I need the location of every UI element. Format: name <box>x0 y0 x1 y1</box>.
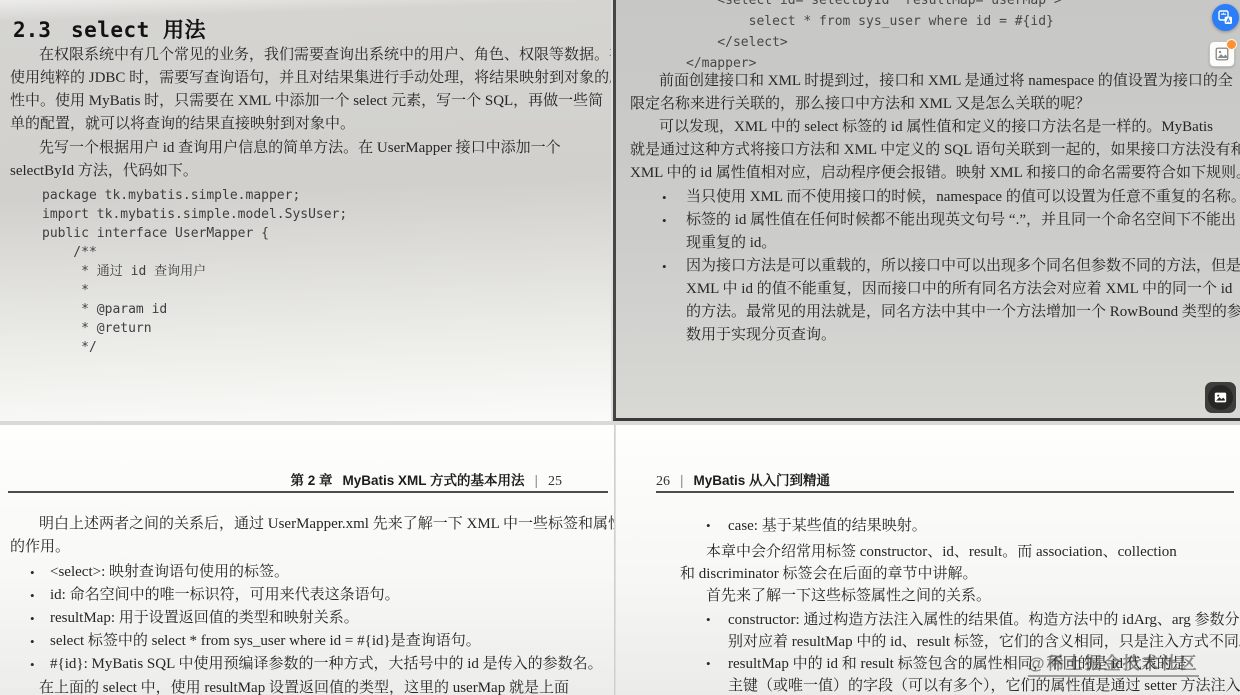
text-line: 先写一个根据用户 id 查询用户信息的简单方法。在 UserMapper 接口中… <box>10 137 608 160</box>
text-line: 首先来了解一下这些标签属性之间的关系。 <box>680 585 1240 607</box>
list-item-continuation: 数用于实现分页查询。 <box>616 324 1240 347</box>
page-top-right: <select id="selectById" resultMap="userM… <box>613 0 1240 421</box>
text-line: 限定名称来进行关联的，那么接口中方法和 XML 又是怎么关联的呢？ <box>630 93 1235 116</box>
text-line: 本章中会介绍常用标签 constructor、id、result。而 assoc… <box>680 541 1240 563</box>
list-item-continuation: 现重复的 id。 <box>616 232 1240 255</box>
code-line: */ <box>42 338 347 357</box>
code-line: <select id="selectById" resultMap="userM… <box>686 0 1062 11</box>
bullet-list: case: 基于某些值的结果映射。 <box>616 515 1240 537</box>
code-line: package tk.mybatis.simple.mapper; <box>42 186 347 205</box>
list-item: 因为接口方法是可以重载的，所以接口中可以出现多个同名但参数不同的方法，但是 <box>616 255 1240 278</box>
section-number: 2.3 <box>13 18 51 42</box>
code-line: * 通过 id 查询用户 <box>42 262 347 281</box>
paragraph: 可以发现，XML 中的 select 标签的 id 属性值和定义的接口方法名是一… <box>630 116 1235 185</box>
paragraph: 在上面的 select 中，使用 resultMap 设置返回值的类型，这里的 … <box>10 677 608 695</box>
image-icon <box>1214 391 1227 404</box>
image-viewer-circle <box>1208 385 1233 410</box>
list-item-continuation: 的方法。最常见的用法就是，同名方法中其中一个方法增加一个 RowBound 类型… <box>616 301 1240 324</box>
chapter-label: 第 2 章 <box>290 469 332 489</box>
list-item: 当只使用 XML 而不使用接口的时候，namespace 的值可以设置为任意不重… <box>616 186 1240 209</box>
page-number: 25 <box>548 474 562 490</box>
text-line: 单的配置，就可以将查询的结果直接映射到对象中。 <box>10 113 608 136</box>
running-head-left: 第 2 章 MyBatis XML 方式的基本用法 | 25 <box>290 469 562 490</box>
text-line: 和 discriminator 标签会在后面的章节中讲解。 <box>680 563 1240 585</box>
header-separator: | <box>680 473 684 488</box>
text-line: 前面创建接口和 XML 时提到过，接口和 XML 是通过将 namespace … <box>630 70 1235 93</box>
section-title: 2.3select 用法 <box>13 14 206 44</box>
screenshot-button[interactable] <box>1209 41 1235 67</box>
header-rule <box>656 491 1234 493</box>
list-item: id: 命名空间中的唯一标识符，可用来代表这条语句。 <box>0 584 614 607</box>
text-line: 在权限系统中有几个常见的业务，我们需要查询出系统中的用户、角色、权限等数据。在 <box>10 44 608 67</box>
code-line: /** <box>42 243 347 262</box>
book-title: MyBatis 从入门到精通 <box>694 469 831 489</box>
code-line: * @param id <box>42 300 347 319</box>
code-line: * @return <box>42 319 347 338</box>
code-line: </select> <box>686 32 1062 53</box>
list-item-continuation: XML 中 id 的值不能重复，因而接口中的所有同名方法会对应着 XML 中的同… <box>616 278 1240 301</box>
list-item: case: 基于某些值的结果映射。 <box>616 515 1240 537</box>
section-title-text: select 用法 <box>71 18 206 42</box>
code-line: * <box>42 281 347 300</box>
paragraph: 明白上述两者之间的关系后，通过 UserMapper.xml 先来了解一下 XM… <box>10 513 608 559</box>
text-line: XML 中的 id 属性值相对应，启动程序便会报错。映射 XML 和接口的命名需… <box>630 162 1235 185</box>
list-item: <select>: 映射查询语句使用的标签。 <box>0 561 614 584</box>
translate-button[interactable] <box>1212 4 1239 31</box>
notification-badge <box>1226 39 1237 50</box>
chapter-title: MyBatis XML 方式的基本用法 <box>342 469 524 489</box>
bullet-list: 当只使用 XML 而不使用接口的时候，namespace 的值可以设置为任意不重… <box>616 186 1240 347</box>
text-line: 就是通过这种方式将接口方法和 XML 中定义的 SQL 语句关联到一起的，如果接… <box>630 139 1235 162</box>
page-top-left: 2.3select 用法 在权限系统中有几个常见的业务，我们需要查询出系统中的用… <box>0 0 611 421</box>
translate-icon <box>1218 10 1233 25</box>
text-line: 明白上述两者之间的关系后，通过 UserMapper.xml 先来了解一下 XM… <box>10 513 608 536</box>
code-line: import tk.mybatis.simple.model.SysUser; <box>42 205 347 224</box>
screenshot-image-icon <box>1215 47 1229 61</box>
bullet-list: constructor: 通过构造方法注入属性的结果值。构造方法中的 idArg… <box>616 609 1240 653</box>
header-rule <box>8 491 608 493</box>
image-viewer-button[interactable] <box>1205 382 1236 413</box>
code-line: public interface UserMapper { <box>42 224 347 243</box>
site-watermark: @稀土掘金技术社区 <box>1028 649 1199 677</box>
paragraph: 在权限系统中有几个常见的业务，我们需要查询出系统中的用户、角色、权限等数据。在 … <box>10 44 608 136</box>
paragraph: 本章中会介绍常用标签 constructor、id、result。而 assoc… <box>616 541 1240 585</box>
list-item: #{id}: MyBatis SQL 中使用预编译参数的一种方式，大括号中的 i… <box>0 653 614 676</box>
paragraph: 前面创建接口和 XML 时提到过，接口和 XML 是通过将 namespace … <box>630 70 1235 116</box>
page-25: 第 2 章 MyBatis XML 方式的基本用法 | 25 明白上述两者之间的… <box>0 425 615 695</box>
text-line: 可以发现，XML 中的 select 标签的 id 属性值和定义的接口方法名是一… <box>630 116 1235 139</box>
text-line: 使用纯粹的 JDBC 时，需要写查询语句，并且对结果集进行手动处理，将结果映射到… <box>10 67 608 90</box>
list-item: 标签的 id 属性值在任何时候都不能出现英文句号 “.”，并且同一个命名空间下不… <box>616 209 1240 232</box>
paragraph: 首先来了解一下这些标签属性之间的关系。 <box>616 585 1240 607</box>
list-item: resultMap: 用于设置返回值的类型和映射关系。 <box>0 607 614 630</box>
header-separator: | <box>534 473 538 488</box>
text-line: 性中。使用 MyBatis 时，只需要在 XML 中添加一个 select 元素… <box>10 90 608 113</box>
list-item: constructor: 通过构造方法注入属性的结果值。构造方法中的 idArg… <box>616 609 1240 631</box>
running-head-right: 26 | MyBatis 从入门到精通 <box>656 469 830 490</box>
text-line: 的作用。 <box>10 536 608 559</box>
paragraph: 先写一个根据用户 id 查询用户信息的简单方法。在 UserMapper 接口中… <box>10 137 608 183</box>
text-line: selectById 方法，代码如下。 <box>10 160 608 183</box>
code-block-usermapper-interface: package tk.mybatis.simple.mapper; import… <box>42 186 347 357</box>
page-number: 26 <box>656 474 670 490</box>
code-line: select * from sys_user where id = #{id} <box>686 11 1062 32</box>
list-item: select 标签中的 select * from sys_user where… <box>0 630 614 653</box>
text-line: 在上面的 select 中，使用 resultMap 设置返回值的类型，这里的 … <box>10 677 608 695</box>
list-item-continuation: 主键（或唯一值）的字段（可以有多个），它们的属性值是通过 setter 方法注入… <box>616 675 1240 695</box>
code-block-mapper-xml: <select id="selectById" resultMap="userM… <box>686 0 1062 74</box>
bullet-list: <select>: 映射查询语句使用的标签。 id: 命名空间中的唯一标识符，可… <box>0 561 614 676</box>
